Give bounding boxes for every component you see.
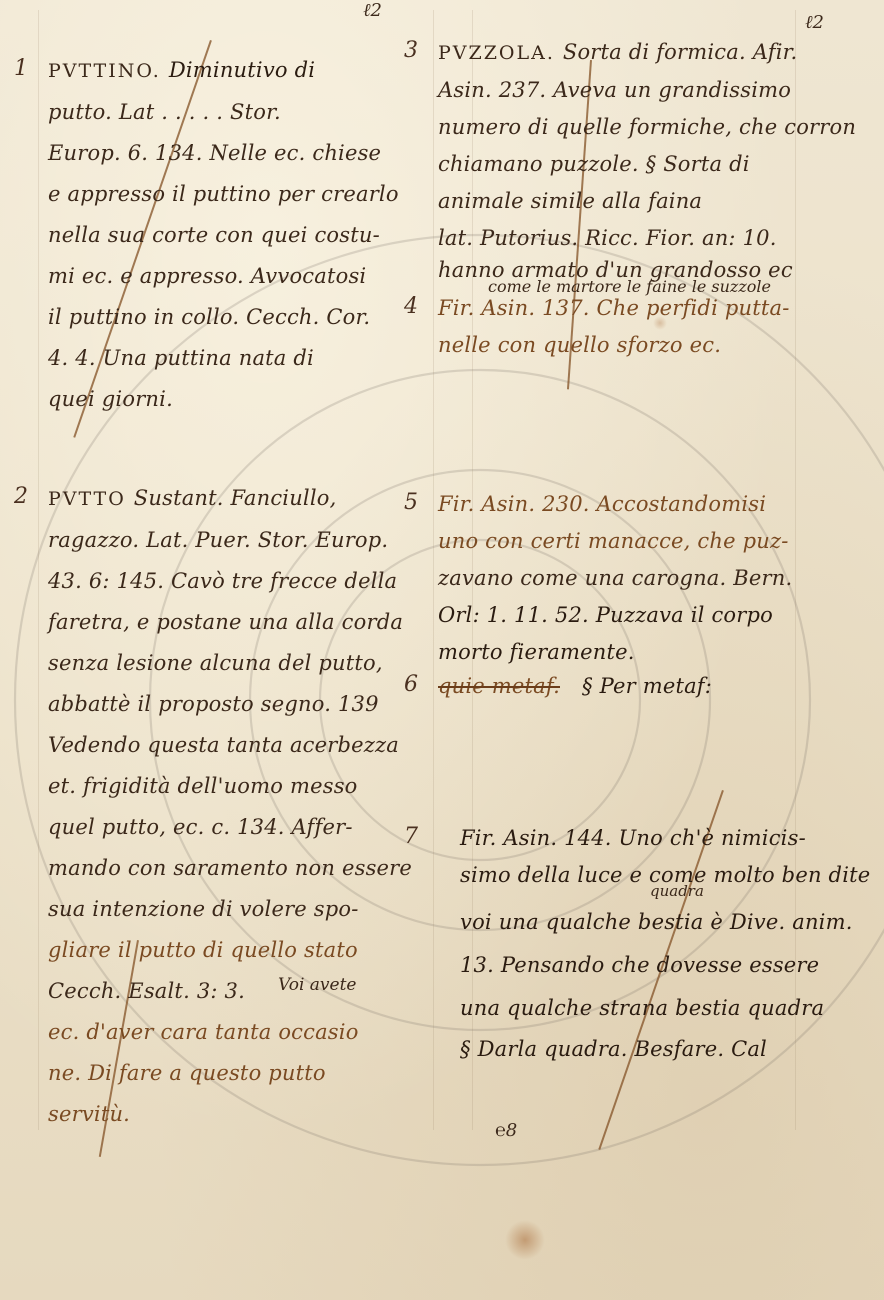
entry-line: Fir. Asin. 137. Che perfidi putta- <box>438 290 790 327</box>
entry-headword: PVTTO <box>48 488 126 510</box>
entry-number: 4 <box>404 294 418 319</box>
entry-line: chiamano puzzole. § Sorta di <box>438 146 856 183</box>
entry-line: mi ec. e appresso. Avvocatosi <box>48 258 399 295</box>
entry-line: ne. Di fare a questo putto <box>48 1055 412 1092</box>
entry-line: morto fieramente. <box>438 634 792 671</box>
entry-line: Fir. Asin. 230. Accostandomisi <box>438 486 792 523</box>
column-rule-left <box>38 10 39 1130</box>
entry-headword: PVZZOLA. <box>438 42 555 64</box>
entry-line: Orl: 1. 11. 52. Puzzava il corpo <box>438 597 792 634</box>
bottom-mark: ℮8 <box>495 1120 517 1141</box>
entry-line: numero di quelle formiche, che corron <box>438 109 856 146</box>
entry-line: zavano come una carogna. Bern. <box>438 560 792 597</box>
folio-mark-top-center: ℓ2 <box>363 0 382 21</box>
entry-number: 6 <box>404 672 418 697</box>
entry-line: gliare il putto di quello stato <box>48 932 412 969</box>
entry-line: 43. 6: 145. Cavò tre frecce della <box>48 563 412 600</box>
entry-line: ec. d'aver cara tanta occasio <box>48 1014 412 1051</box>
entry-line: mando con saramento non essere <box>48 850 412 887</box>
entry-line: animale simile alla faina <box>438 183 856 220</box>
entry-4: 4 Fir. Asin. 137. Che perfidi putta- nel… <box>438 290 790 364</box>
entry-7: 7 Fir. Asin. 144. Uno ch'è nimicis- simo… <box>460 820 870 1068</box>
entry-line: nelle con quello sforzo ec. <box>438 327 790 364</box>
entry-number: 3 <box>404 38 418 63</box>
entry-number: 1 <box>14 56 28 81</box>
entry-line: et. frigidità dell'uomo messo <box>48 768 412 805</box>
entry-line: § Darla quadra. Besfare. Cal <box>460 1031 870 1068</box>
entry-puttino: 1 PVTTINO.Diminutivo di putto. Lat . . .… <box>48 52 399 418</box>
entry-line: quel putto, ec. c. 134. Affer- <box>48 809 412 846</box>
entry-line: PVZZOLA.Sorta di formica. Afir. <box>438 34 856 72</box>
entry-number: 2 <box>14 484 28 509</box>
entry-6: 6 quie metaf.§ Per metaf: <box>438 668 712 705</box>
entry-line: quie metaf.§ Per metaf: <box>438 668 712 705</box>
manuscript-page: ℓ2 ℓ2 ℮8 1 PVTTINO.Diminutivo di putto. … <box>0 0 884 1300</box>
entry-line: putto. Lat . . . . . Stor. <box>48 94 399 131</box>
marginal-addition: Voi avete <box>278 975 356 995</box>
entry-line: il puttino in collo. Cecch. Cor. <box>48 299 399 336</box>
entry-line: Europ. 6. 134. Nelle ec. chiese <box>48 135 399 172</box>
entry-line: una qualche strana bestia quadra <box>460 990 870 1027</box>
entry-line: abbattè il proposto segno. 139 <box>48 686 412 723</box>
entry-line: Cecch. Esalt. 3: 3. <box>48 973 412 1010</box>
entry-line: PVTTOSustant. Fanciullo, <box>48 480 412 518</box>
entry-line: senza lesione alcuna del putto, <box>48 645 412 682</box>
entry-number: 5 <box>404 490 418 515</box>
entry-line: sua intenzione di volere spo- <box>48 891 412 928</box>
entry-line: 4. 4. Una puttina nata di <box>48 340 399 377</box>
entry-line: ragazzo. Lat. Puer. Stor. Europ. <box>48 522 412 559</box>
entry-line: Fir. Asin. 144. Uno ch'è nimicis- <box>460 820 870 857</box>
interlinear-insertion: quadra <box>650 882 704 900</box>
entry-line: Asin. 237. Aveva un grandissimo <box>438 72 856 109</box>
entry-5: 5 Fir. Asin. 230. Accostandomisi uno con… <box>438 486 792 671</box>
entry-number: 7 <box>404 824 418 849</box>
entry-putto: 2 PVTTOSustant. Fanciullo, ragazzo. Lat.… <box>48 480 412 1133</box>
entry-headword: PVTTINO. <box>48 60 161 82</box>
entry-line: lat. Putorius. Ricc. Fior. an: 10. <box>438 220 856 257</box>
struck-text: quie metaf. <box>438 674 560 698</box>
entry-line: PVTTINO.Diminutivo di <box>48 52 399 90</box>
entry-line: uno con certi manacce, che puz- <box>438 523 792 560</box>
entry-line: quei giorni. <box>48 381 399 418</box>
column-rule-middle <box>433 10 434 1130</box>
entry-line: voi una qualche bestia è Dive. anim. <box>460 904 870 941</box>
entry-line: e appresso il puttino per crearlo <box>48 176 399 213</box>
folio-mark-top-right: ℓ2 <box>805 12 824 33</box>
entry-line: faretra, e postane una alla corda <box>48 604 412 641</box>
entry-line: 13. Pensando che dovesse essere <box>460 947 870 984</box>
entry-line: servitù. <box>48 1096 412 1133</box>
entry-line: Vedendo questa tanta acerbezza <box>48 727 412 764</box>
entry-puzzola: 3 PVZZOLA.Sorta di formica. Afir. Asin. … <box>438 34 856 283</box>
entry-line: nella sua corte con quei costu- <box>48 217 399 254</box>
ink-stain <box>505 1220 545 1260</box>
